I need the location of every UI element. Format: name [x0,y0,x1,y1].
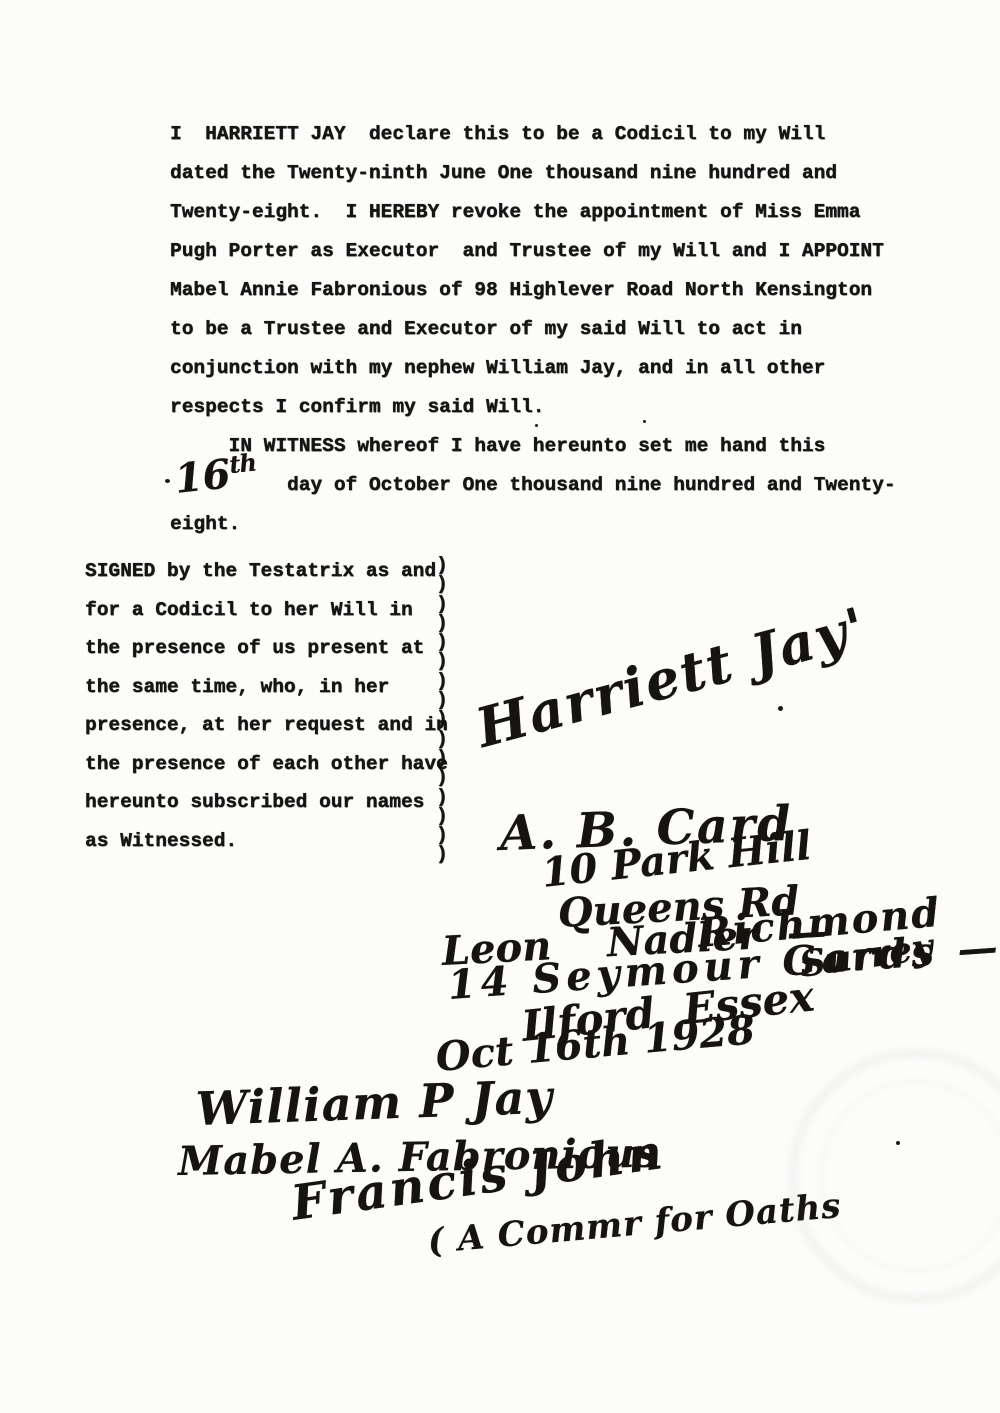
handwritten-day-16th: 16th [173,450,259,502]
ink-speck [165,479,170,483]
bracket-column: ) ) ) ) ) ) ) ) ) ) ) ) ) ) ) ) [436,556,448,865]
signature-william-p-jay: William P Jay [195,1072,554,1135]
ink-speck [778,706,783,711]
ink-speck [643,420,646,423]
codicil-body-text: I HARRIETT JAY declare this to be a Codi… [170,115,896,544]
ink-speck [896,1141,900,1145]
scanned-codicil-page: I HARRIETT JAY declare this to be a Codi… [0,0,1000,1413]
ink-speck [535,424,538,427]
signature-testatrix-harriett-jay: Harriett Jay' [470,597,873,758]
handwritten-date-oct-16-1928: Oct 16th 1928 [434,1008,757,1080]
embossed-seal [788,1048,1000,1304]
attestation-clause: SIGNED by the Testatrix as and for a Cod… [85,552,448,860]
handwritten-day-suffix: th [228,448,257,480]
handwritten-day-number: 16 [172,450,232,503]
